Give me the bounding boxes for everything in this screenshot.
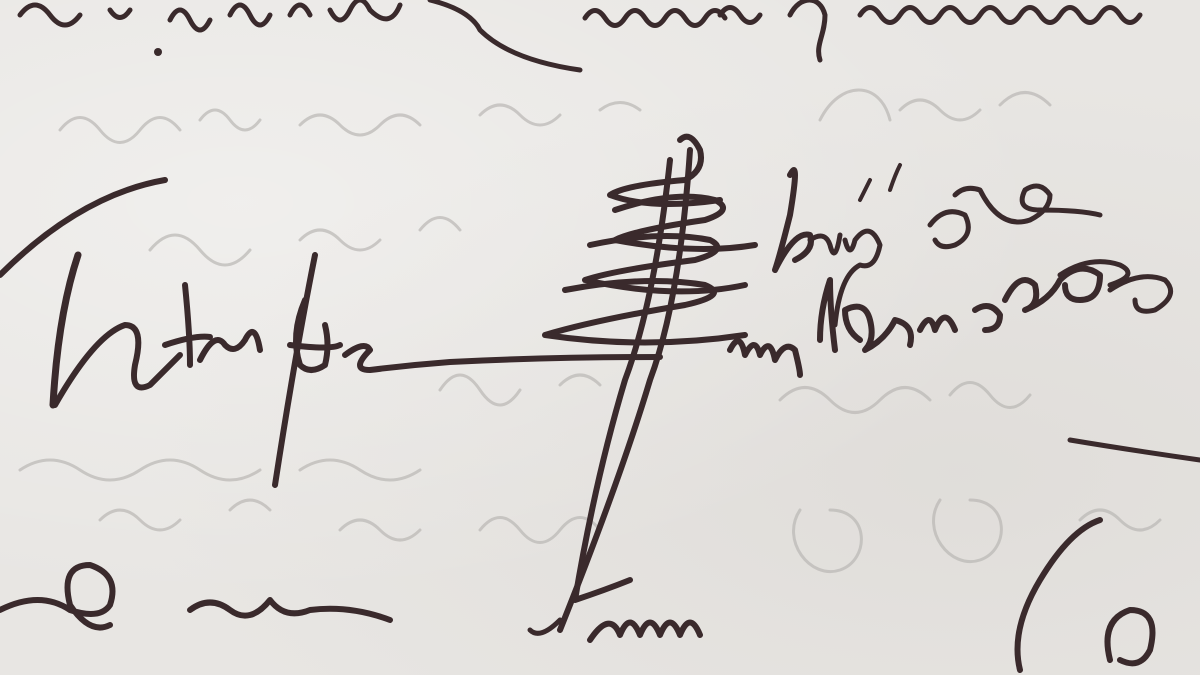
manuscript-page: …des a la … con los que los demas… la tr…: [0, 0, 1200, 675]
signature-ink: [0, 0, 1200, 675]
